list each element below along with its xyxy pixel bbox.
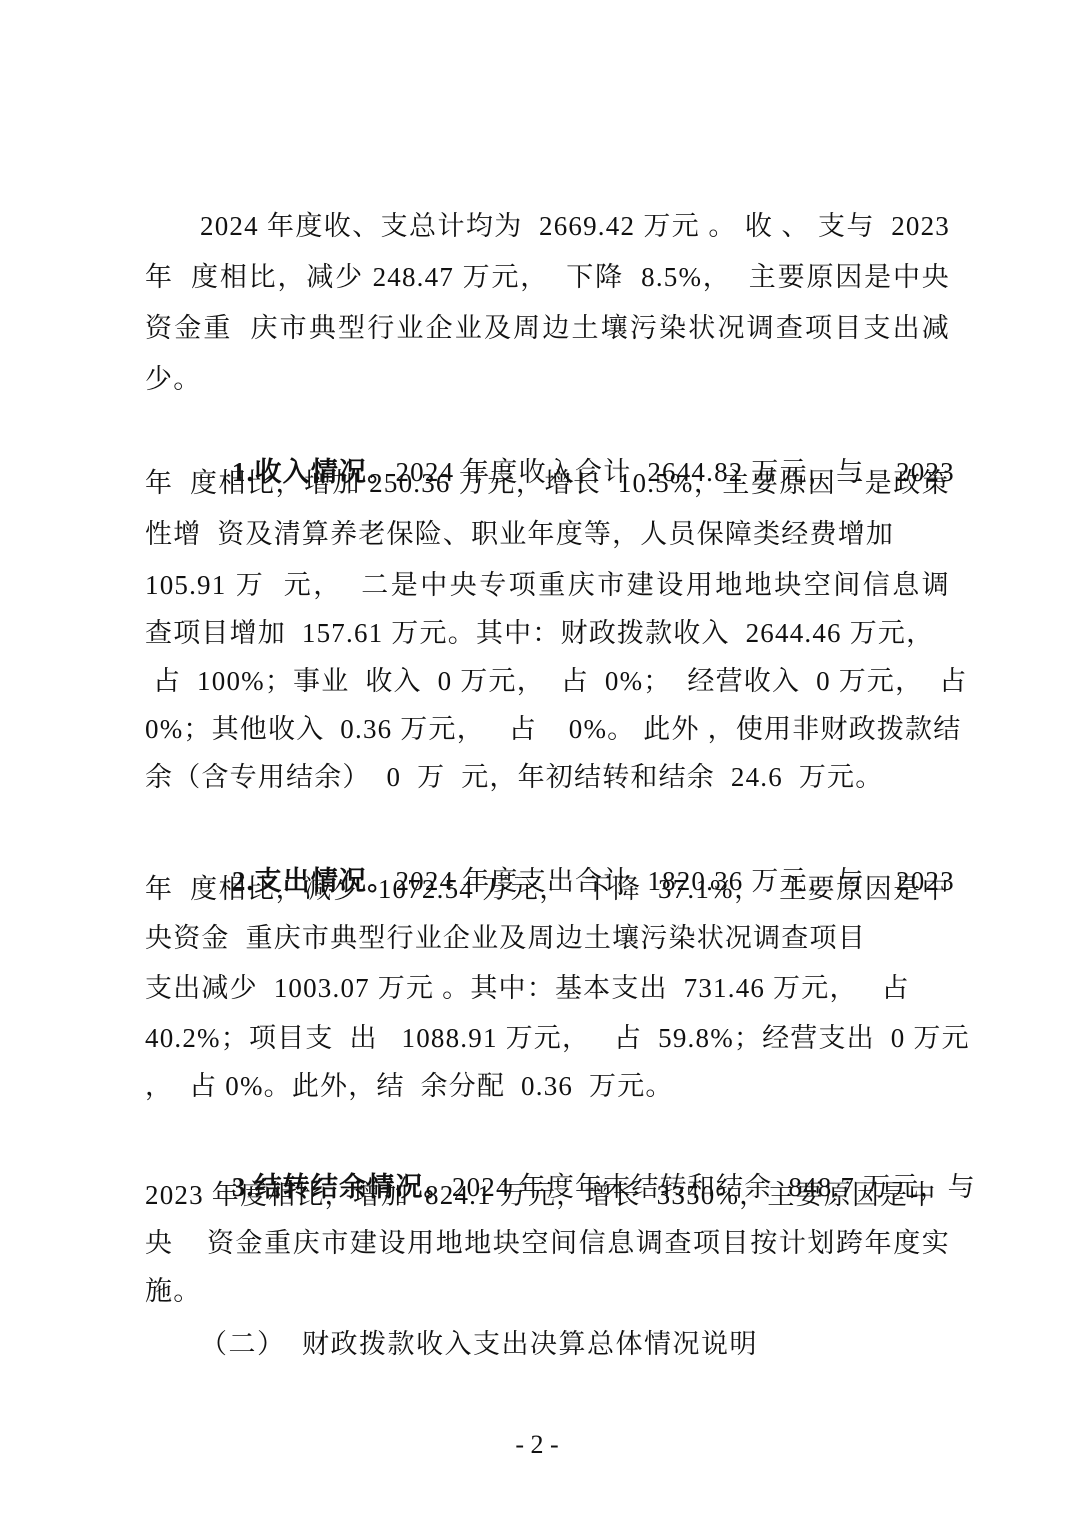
income-line-6: 占 100%；事业 收入 0 万元， 占 0%； 经营收入 0 万元， 占: [145, 661, 950, 701]
expenditure-line-4: 支出减少 1003.07 万元 。其中：基本支出 731.46 万元， 占: [145, 968, 950, 1008]
balance-line-3: 央 资金重庆市建设用地地块空间信息调查项目按计划跨年度实: [145, 1223, 950, 1263]
income-line-2: 年 度相比，增加 250.36 万元，增长 10.5%，主要原因一是政策: [145, 463, 950, 503]
summary-line-1: 2024 年度收、支总计均为 2669.42 万元 。 收 、 支与 2023: [200, 206, 950, 246]
income-line-7: 0%；其他收入 0.36 万元， 占 0%。 此外 ，使用非财政拨款结: [145, 709, 950, 749]
expenditure-line-3: 央资金 重庆市典型行业企业及周边土壤污染状况调查项目: [145, 918, 950, 958]
expenditure-line-5: 40.2%；项目支 出 1088.91 万元， 占 59.8%；经营支出 0 万…: [145, 1018, 950, 1058]
summary-line-4: 少。: [145, 359, 950, 399]
section-heading: （二） 财政拨款收入支出决算总体情况说明: [200, 1324, 758, 1364]
expenditure-line-6: ， 占 0%。此外，结 余分配 0.36 万元。: [145, 1066, 950, 1106]
income-line-4: 105.91 万 元， 二是中央专项重庆市建设用地地块空间信息调: [145, 565, 950, 605]
balance-line-1: 3.结转结余情况。2024 年度年末结转和结余 848.7 万元，与: [200, 1127, 950, 1167]
summary-line-2: 年 度相比，减少 248.47 万元， 下降 8.5%， 主要原因是中央: [145, 257, 950, 297]
income-line-3: 性增 资及清算养老保险、职业年度等，人员保障类经费增加: [145, 514, 950, 554]
income-line-1: 1.收入情况。2024 年度收入合计 2644.82 万元，与 2023: [200, 412, 950, 452]
expenditure-line-1: 2.支出情况。2024 年度支出合计 1820.36 万元，与 2023: [200, 821, 950, 861]
income-line-8: 余（含专用结余） 0 万 元，年初结转和结余 24.6 万元。: [145, 757, 950, 797]
expenditure-line-2: 年 度相比，减少 1072.54 万元， 下降 37.1%， 主要原因是中: [145, 869, 950, 909]
page-number: - 2 -: [0, 1428, 1074, 1462]
balance-line-2: 2023 年度相比，增加 824.1 万元，增长 3350%，主要原因是中: [145, 1175, 950, 1215]
balance-line-4: 施。: [145, 1271, 950, 1311]
summary-line-3: 资金重 庆市典型行业企业及周边土壤污染状况调查项目支出减: [145, 308, 950, 348]
document-page: 2024 年度收、支总计均为 2669.42 万元 。 收 、 支与 2023 …: [0, 0, 1074, 1520]
income-line-5: 查项目增加 157.61 万元。其中：财政拨款收入 2644.46 万元，: [145, 613, 950, 653]
